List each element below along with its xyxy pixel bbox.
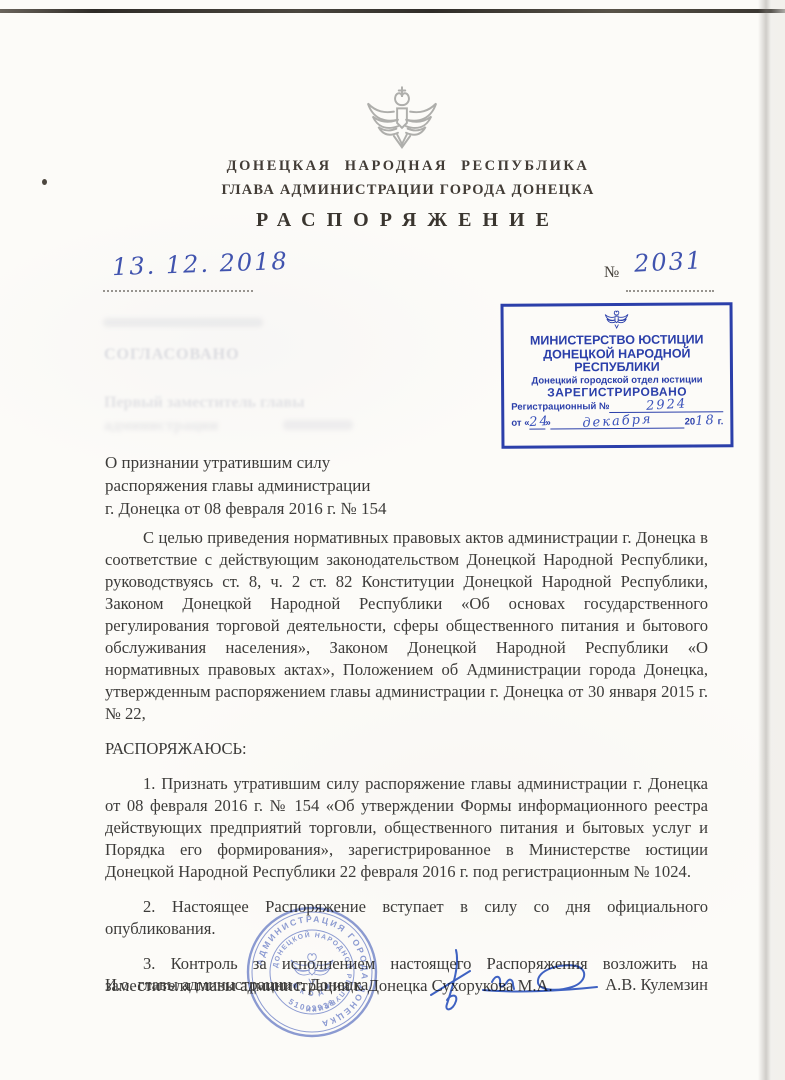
date-underline <box>103 290 253 292</box>
signature-name: А.В. Кулемзин <box>605 975 708 995</box>
stamp-date-month-field: декабря <box>551 415 685 430</box>
document-body: С целью приведения нормативных правовых … <box>105 527 708 997</box>
number-underline <box>626 290 714 292</box>
subject-line: О признании утратившим силу <box>105 451 465 474</box>
handwritten-number: 2031 <box>633 246 703 278</box>
scan-top-edge-line <box>0 9 785 13</box>
handwritten-date: 13. 12. 2018 <box>112 247 290 281</box>
stamp-eagle-icon <box>597 308 637 334</box>
ghost-deputy-line: Первый заместитель главы <box>104 394 305 412</box>
stamp-date-year-hand: 18 <box>695 415 716 428</box>
justice-registration-stamp: МИНИСТЕРСТВО ЮСТИЦИИ ДОНЕЦКОЙ НАРОДНОЙ Р… <box>500 302 733 449</box>
resolve-word: РАСПОРЯЖАЮСЬ: <box>105 738 708 760</box>
stamp-date-row: от « 24 » декабря 20 18 г. <box>504 414 730 430</box>
stamp-date-month: декабря <box>582 414 653 430</box>
ghost-smudge <box>283 420 353 430</box>
coat-of-arms-eagle-icon <box>360 84 444 162</box>
subject-line: распоряжения главы администрации <box>105 474 465 497</box>
stamp-date-units: г. <box>718 416 724 428</box>
order-item-1: 1. Признать утратившим силу распоряжение… <box>105 773 708 883</box>
number-label: № <box>604 264 619 282</box>
document-header: ДОНЕЦКАЯ НАРОДНАЯ РЕСПУБЛИКА ГЛАВА АДМИН… <box>105 158 711 232</box>
stamp-date-prefix: от « <box>511 418 529 430</box>
ghost-administration-line: администрации <box>104 417 218 435</box>
stamp-reg-number-row: Регистрационный № 2924 <box>504 398 730 414</box>
subject-line: г. Донецка от 08 февраля 2016 г. № 154 <box>105 497 465 520</box>
signature-row: И.о. главы администрации г. Донецка А.В.… <box>105 975 708 995</box>
stamp-reg-number-label: Регистрационный № <box>511 401 609 414</box>
document-type-title: РАСПОРЯЖЕНИЕ <box>105 209 711 232</box>
svg-text:51002938: 51002938 <box>287 997 337 1013</box>
preamble-paragraph: С целью приведения нормативных правовых … <box>105 527 708 725</box>
signature-title: И.о. главы администрации г. Донецка <box>105 975 368 995</box>
authority-name: ГЛАВА АДМИНИСТРАЦИИ ГОРОДА ДОНЕЦКА <box>105 182 711 199</box>
seal-code-number: 51002938 <box>287 997 337 1013</box>
stamp-reg-number-value: 2924 <box>646 398 688 412</box>
scanned-document-page: СОГЛАСОВАНО Первый заместитель главы адм… <box>0 0 785 1080</box>
scan-ink-speck <box>42 179 47 185</box>
republic-name: ДОНЕЦКАЯ НАРОДНАЯ РЕСПУБЛИКА <box>105 158 711 175</box>
stamp-date-year-printed: 20 <box>685 416 696 428</box>
subject-block: О признании утратившим силу распоряжения… <box>105 451 465 520</box>
stamp-date-day-field: 24 <box>529 416 545 430</box>
ghost-smudge <box>103 318 263 327</box>
order-item-2: 2. Настоящее Распоряжение вступает в сил… <box>105 896 708 940</box>
ghost-agreed-text: СОГЛАСОВАНО <box>104 346 240 364</box>
stamp-reg-number-field: 2924 <box>610 398 724 413</box>
administration-round-seal: АДМИНИСТРАЦИЯ ГОРОДА ДОНЕЦКА ДОНЕЦКОЙ НА… <box>242 902 382 1042</box>
scan-right-edge-shadow <box>758 0 785 1080</box>
stamp-date-day: 24 <box>529 416 550 429</box>
